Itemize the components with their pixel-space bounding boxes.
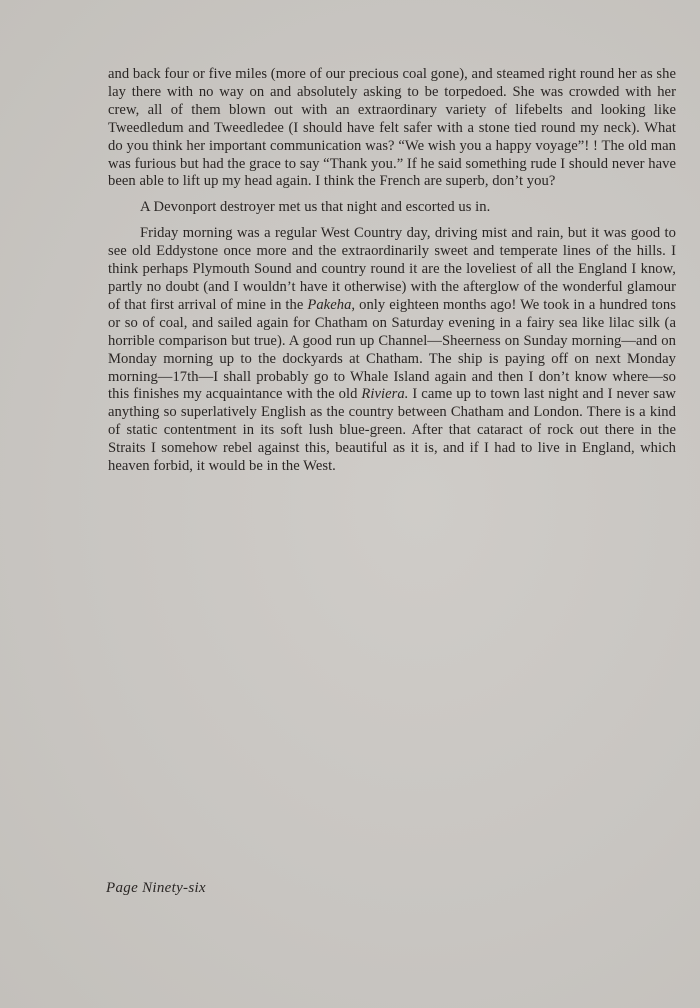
- paragraph-3: Friday morning was a regular West Countr…: [108, 225, 676, 476]
- paragraph-1-text: and back four or five miles (more of our…: [108, 66, 676, 189]
- page-number: Page Ninety-six: [106, 880, 206, 897]
- book-page: and back four or five miles (more of our…: [0, 0, 700, 1008]
- paragraph-2: A Devonport destroyer met us that night …: [108, 199, 676, 217]
- ship-name-riviera: Riviera.: [361, 386, 408, 402]
- ship-name-pakeha: Pakeha,: [307, 297, 355, 313]
- body-text: and back four or five miles (more of our…: [108, 66, 676, 484]
- paragraph-1: and back four or five miles (more of our…: [108, 66, 676, 191]
- paragraph-2-text: A Devonport destroyer met us that night …: [140, 199, 490, 215]
